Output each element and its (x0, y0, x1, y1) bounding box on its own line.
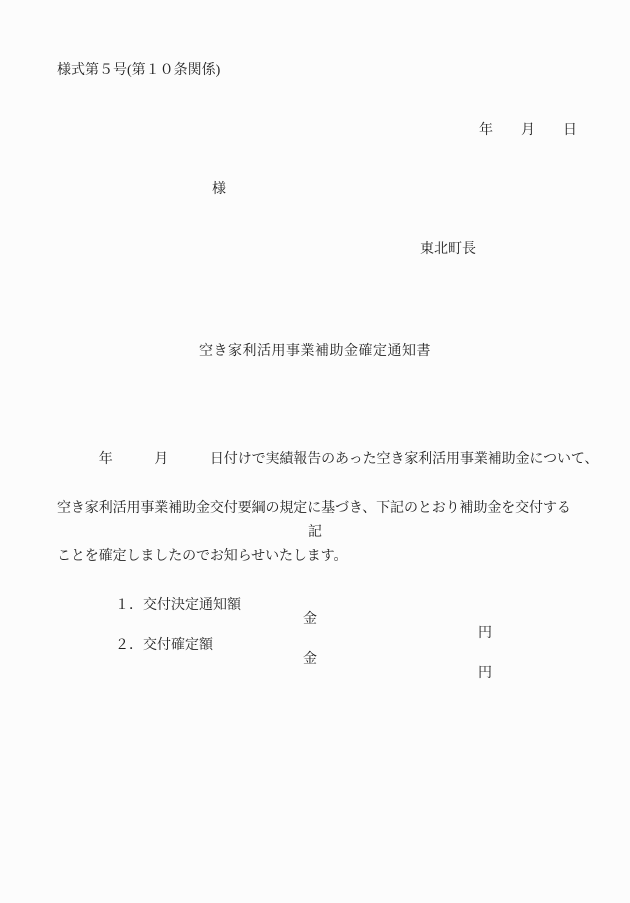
sender-title: 東北町長 (420, 243, 476, 257)
item-label: 交付確定額 (143, 638, 213, 653)
item-row-confirmed-amount: ２．交付確定額 金 円 (0, 625, 630, 641)
body-paragraph: 年 月 日付けで実績報告のあった空き家利活用事業補助金について、 空き家利活用事… (57, 422, 598, 596)
body-line-2: 空き家利活用事業補助金交付要綱の規定に基づき、下記のとおり補助金を交付する (57, 499, 598, 520)
item-number: １． (115, 598, 143, 613)
item-number: ２． (115, 638, 143, 653)
body-line-3: ことを確定しましたのでお知らせいたします。 (57, 547, 598, 568)
addressee-honorific: 様 (212, 183, 226, 197)
date-line: 年 月 日 (479, 124, 577, 138)
currency-suffix: 円 (478, 667, 492, 681)
currency-prefix: 金 (303, 653, 317, 667)
record-marker: 記 (0, 526, 630, 540)
document-page: 様式第５号(第１０条関係) 年 月 日 様 東北町長 空き家利活用事業補助金確定… (0, 0, 630, 903)
item-row-decision-amount: １．交付決定通知額 金 円 (0, 585, 630, 601)
form-number: 様式第５号(第１０条関係) (57, 64, 220, 78)
item-title: １．交付決定通知額 (115, 599, 241, 613)
item-title: ２．交付確定額 (115, 639, 213, 653)
document-title: 空き家利活用事業補助金確定通知書 (0, 345, 630, 359)
item-label: 交付決定通知額 (143, 598, 241, 613)
body-line-1: 年 月 日付けで実績報告のあった空き家利活用事業補助金について、 (57, 450, 598, 471)
